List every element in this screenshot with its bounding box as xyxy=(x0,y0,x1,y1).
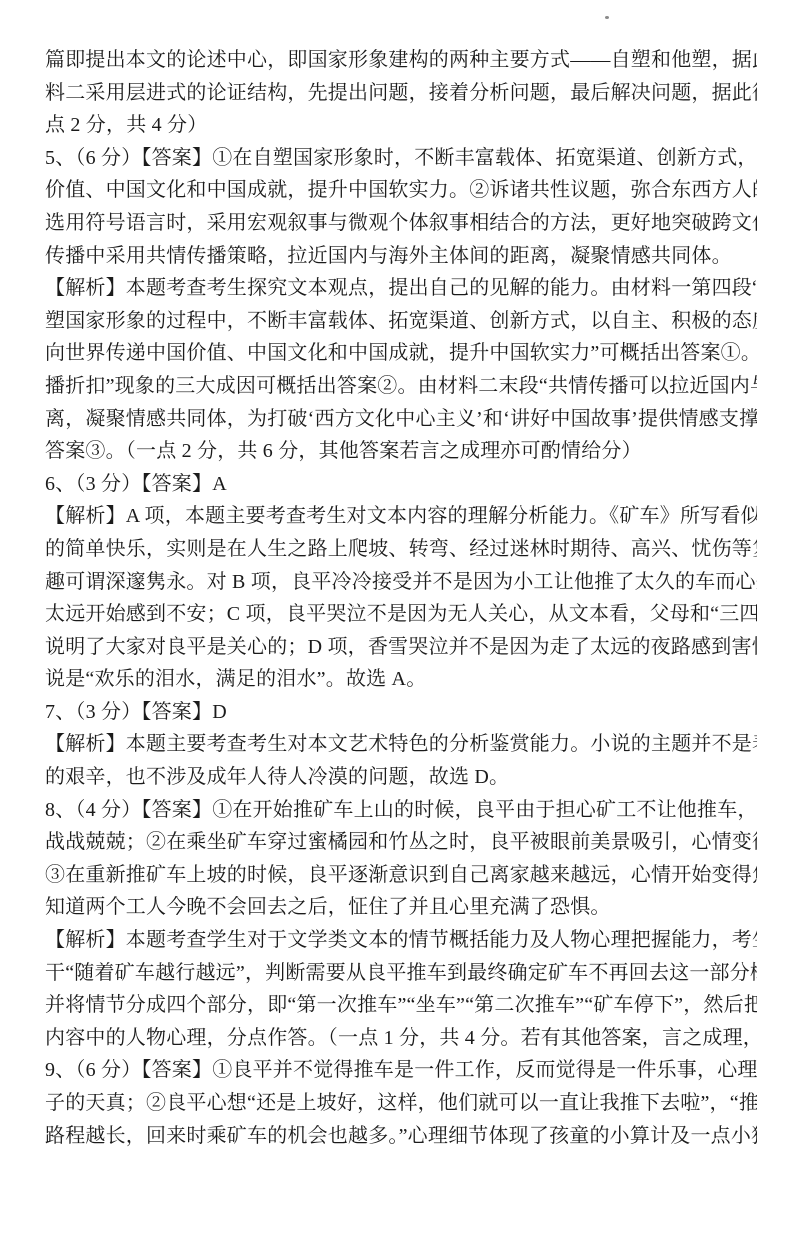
text-line: 干“随着矿车越行越远”，判断需要从良平推车到最终确定矿车不再回去这一部分概括主要… xyxy=(45,957,757,990)
answer-key-page: 篇即提出本文的论述中心，即国家形象建构的两种主要方式——自塑和他塑，据此得出答案… xyxy=(0,0,800,1238)
q7-analysis: 【解析】本题主要考查考生对本文艺术特色的分析鉴赏能力。小说的主题并不是表现成人世… xyxy=(45,728,757,793)
text-line: 点 2 分，共 4 分） xyxy=(45,109,757,142)
text-line: 价值、中国文化和中国成就，提升中国软实力。②诉诸共性议题，弥合东西方人的文化差异… xyxy=(45,174,757,207)
q9-answer-partial: 9、（6 分）【答案】①良平并不觉得推车是一件工作，反而觉得是一件乐事，心理细节… xyxy=(45,1054,757,1152)
text-line: 离，凝聚情感共同体，为打破‘西方文化中心主义’和‘讲好中国故事’提供情感支撑”可… xyxy=(45,403,757,436)
q6-answer: 6、（3 分）【答案】A xyxy=(45,468,757,501)
text-line: 说是“欢乐的泪水，满足的泪水”。故选 A。 xyxy=(45,663,757,696)
q5-analysis: 【解析】本题考查考生探究文本观点，提出自己的见解的能力。由材料一第四段“中国近几… xyxy=(45,272,757,468)
text-line: 说明了大家对良平是关心的；D 项，香雪哭泣并不是因为走了太远的夜路感到害怕而哭泣… xyxy=(45,631,757,664)
text-line: 选用符号语言时，采用宏观叙事与微观个体叙事相结合的方法，更好地突破跨文化壁垒。③… xyxy=(45,207,757,240)
text-line: 篇即提出本文的论述中心，即国家形象建构的两种主要方式——自塑和他塑，据此得出答案… xyxy=(45,44,757,77)
text-line: 太远开始感到不安；C 项，良平哭泣不是因为无人关心，从文本看，父母和“三四个妇女… xyxy=(45,598,757,631)
text-line: 的简单快乐，实则是在人生之路上爬坡、转弯、经过迷林时期待、高兴、忧伤等复杂体验，… xyxy=(45,533,757,566)
text-line: 9、（6 分）【答案】①良平并不觉得推车是一件工作，反而觉得是一件乐事，心理细节… xyxy=(45,1054,757,1087)
text-line: 趣可谓深邃隽永。对 B 项，良平冷冷接受并不是因为小工让他推了太久的车而心生不满… xyxy=(45,566,757,599)
text-line: 战战兢兢；②在乘坐矿车穿过蜜橘园和竹丛之时，良平被眼前美景吸引，心情变得愉悦，兴… xyxy=(45,826,757,859)
text-line: 6、（3 分）【答案】A xyxy=(45,468,757,501)
q5-answer: 5、（6 分）【答案】①在自塑国家形象时，不断丰富载体、拓宽渠道、创新方式，向世… xyxy=(45,142,757,272)
text-line: 播折扣”现象的三大成因可概括出答案②。由材料二末段“共情传播可以拉近国内与海外主… xyxy=(45,370,757,403)
text-line: 【解析】本题考查考生探究文本观点，提出自己的见解的能力。由材料一第四段“中国近几… xyxy=(45,272,757,305)
q8-analysis: 【解析】本题考查学生对于文学类文本的情节概括能力及人物心理把握能力，考生需要首先… xyxy=(45,924,757,1054)
text-line: 向世界传递中国价值、中国文化和中国成就，提升中国软实力”可概括出答案①。由材料二… xyxy=(45,337,757,370)
text-line: 【解析】本题主要考查考生对本文艺术特色的分析鉴赏能力。小说的主题并不是表现成人世… xyxy=(45,728,757,761)
text-line: 路程越长，回来时乘矿车的机会也越多。”心理细节体现了孩童的小算计及一点小狡黠；③… xyxy=(45,1120,757,1153)
q8-answer: 8、（4 分）【答案】①在开始推矿车上山的时候，良平由于担心矿工不让他推车，心情… xyxy=(45,794,757,924)
document-body: 篇即提出本文的论述中心，即国家形象建构的两种主要方式——自塑和他塑，据此得出答案… xyxy=(45,44,757,1152)
text-line: 8、（4 分）【答案】①在开始推矿车上山的时候，良平由于担心矿工不让他推车，心情… xyxy=(45,794,757,827)
text-line: 【解析】A 项，本题主要考查考生对文本内容的理解分析能力。《矿车》所写看似小孩子… xyxy=(45,500,757,533)
scan-artifact-dot xyxy=(605,16,609,19)
text-line: 7、（3 分）【答案】D xyxy=(45,696,757,729)
q7-answer: 7、（3 分）【答案】D xyxy=(45,696,757,729)
text-line: 塑国家形象的过程中，不断丰富载体、拓宽渠道、创新方式，以自主、积极的态度塑造国家… xyxy=(45,305,757,338)
text-line: 5、（6 分）【答案】①在自塑国家形象时，不断丰富载体、拓宽渠道、创新方式，向世… xyxy=(45,142,757,175)
text-line: 答案③。（一点 2 分，共 6 分，其他答案若言之成理亦可酌情给分） xyxy=(45,435,757,468)
text-line: 传播中采用共情传播策略，拉近国内与海外主体间的距离，凝聚情感共同体。 xyxy=(45,240,757,273)
q6-analysis: 【解析】A 项，本题主要考查考生对文本内容的理解分析能力。《矿车》所写看似小孩子… xyxy=(45,500,757,696)
text-line: ③在重新推矿车上坡的时候，良平逐渐意识到自己离家越来越远，心情开始变得焦躁不安；… xyxy=(45,859,757,892)
text-line: 子的天真；②良平心想“还是上坡好，这样，他们就可以一直让我推下去啦”，“推着矿车… xyxy=(45,1087,757,1120)
text-line: 料二采用层进式的论证结构，先提出问题，接着分析问题，最后解决问题，据此得出答案②… xyxy=(45,77,757,110)
text-line: 知道两个工人今晚不会回去之后，怔住了并且心里充满了恐惧。 xyxy=(45,891,757,924)
q4-analysis-continuation: 篇即提出本文的论述中心，即国家形象建构的两种主要方式——自塑和他塑，据此得出答案… xyxy=(45,44,757,142)
text-line: 内容中的人物心理，分点作答。（一点 1 分，共 4 分。若有其他答案，言之成理，… xyxy=(45,1022,757,1055)
text-line: 【解析】本题考查学生对于文学类文本的情节概括能力及人物心理把握能力，考生需要首先… xyxy=(45,924,757,957)
text-line: 的艰辛，也不涉及成年人待人冷漠的问题，故选 D。 xyxy=(45,761,757,794)
text-line: 并将情节分成四个部分，即“第一次推车”“坐车”“第二次推车”“矿车停下”，然后把… xyxy=(45,989,757,1022)
